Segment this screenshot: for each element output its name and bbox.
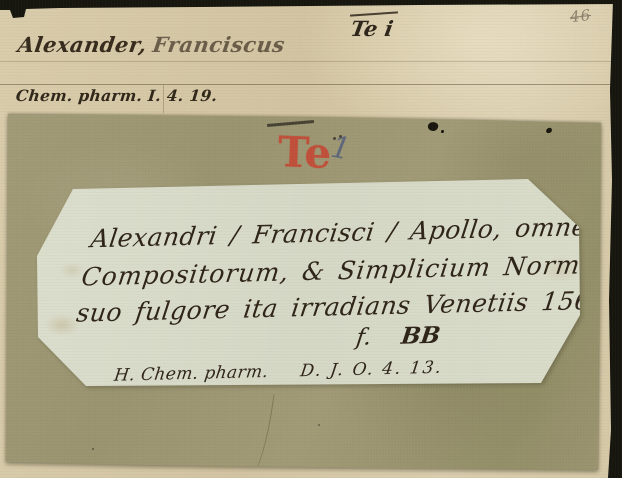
paper-speck	[318, 424, 320, 426]
paper-crease	[233, 390, 275, 478]
folder-paper-wrapper: Te 1 Alexandri / Francisci / Apollo, omn…	[0, 0, 622, 478]
label-text-block: Alexandri / Francisci / Apollo, omnem Co…	[27, 168, 587, 396]
ink-speck	[441, 130, 444, 133]
title-line-2: Compositorum, & Simplicium Normam,	[80, 249, 622, 292]
paper-speck	[92, 448, 94, 450]
label-shelfmark-prefix: H. Chem. pharm.	[113, 362, 270, 386]
pasted-title-label: Alexandri / Francisci / Apollo, omnem Co…	[30, 175, 585, 390]
folder-paper: Te 1 Alexandri / Francisci / Apollo, omn…	[0, 0, 622, 478]
red-signature-overline	[267, 120, 314, 127]
blue-pencil-number: 1	[329, 133, 353, 166]
annotation-f: f.	[355, 324, 373, 350]
annotator-initials: BB	[400, 322, 442, 350]
label-shelfmark-line: H. Chem. pharm.D. J. O. 4. 13.	[113, 358, 444, 386]
ink-speck	[545, 127, 552, 133]
red-chalk-signature: Te	[277, 131, 332, 175]
title-line-3: suo fulgore ita irradians Venetiis 1565	[75, 286, 610, 328]
ink-speck	[427, 121, 439, 133]
ink-mark-edge	[0, 184, 4, 200]
label-shelfmark-number: D. J. O. 4. 13.	[299, 358, 444, 382]
title-line-1: Alexandri / Francisci / Apollo, omnem	[89, 212, 613, 254]
pasted-label-wrapper: Alexandri / Francisci / Apollo, omnem Co…	[30, 175, 585, 390]
scanned-catalog-page: Alexander,Franciscus Te i 46 Chem. pharm…	[0, 0, 622, 478]
annotation-line: f.BB	[355, 322, 442, 351]
